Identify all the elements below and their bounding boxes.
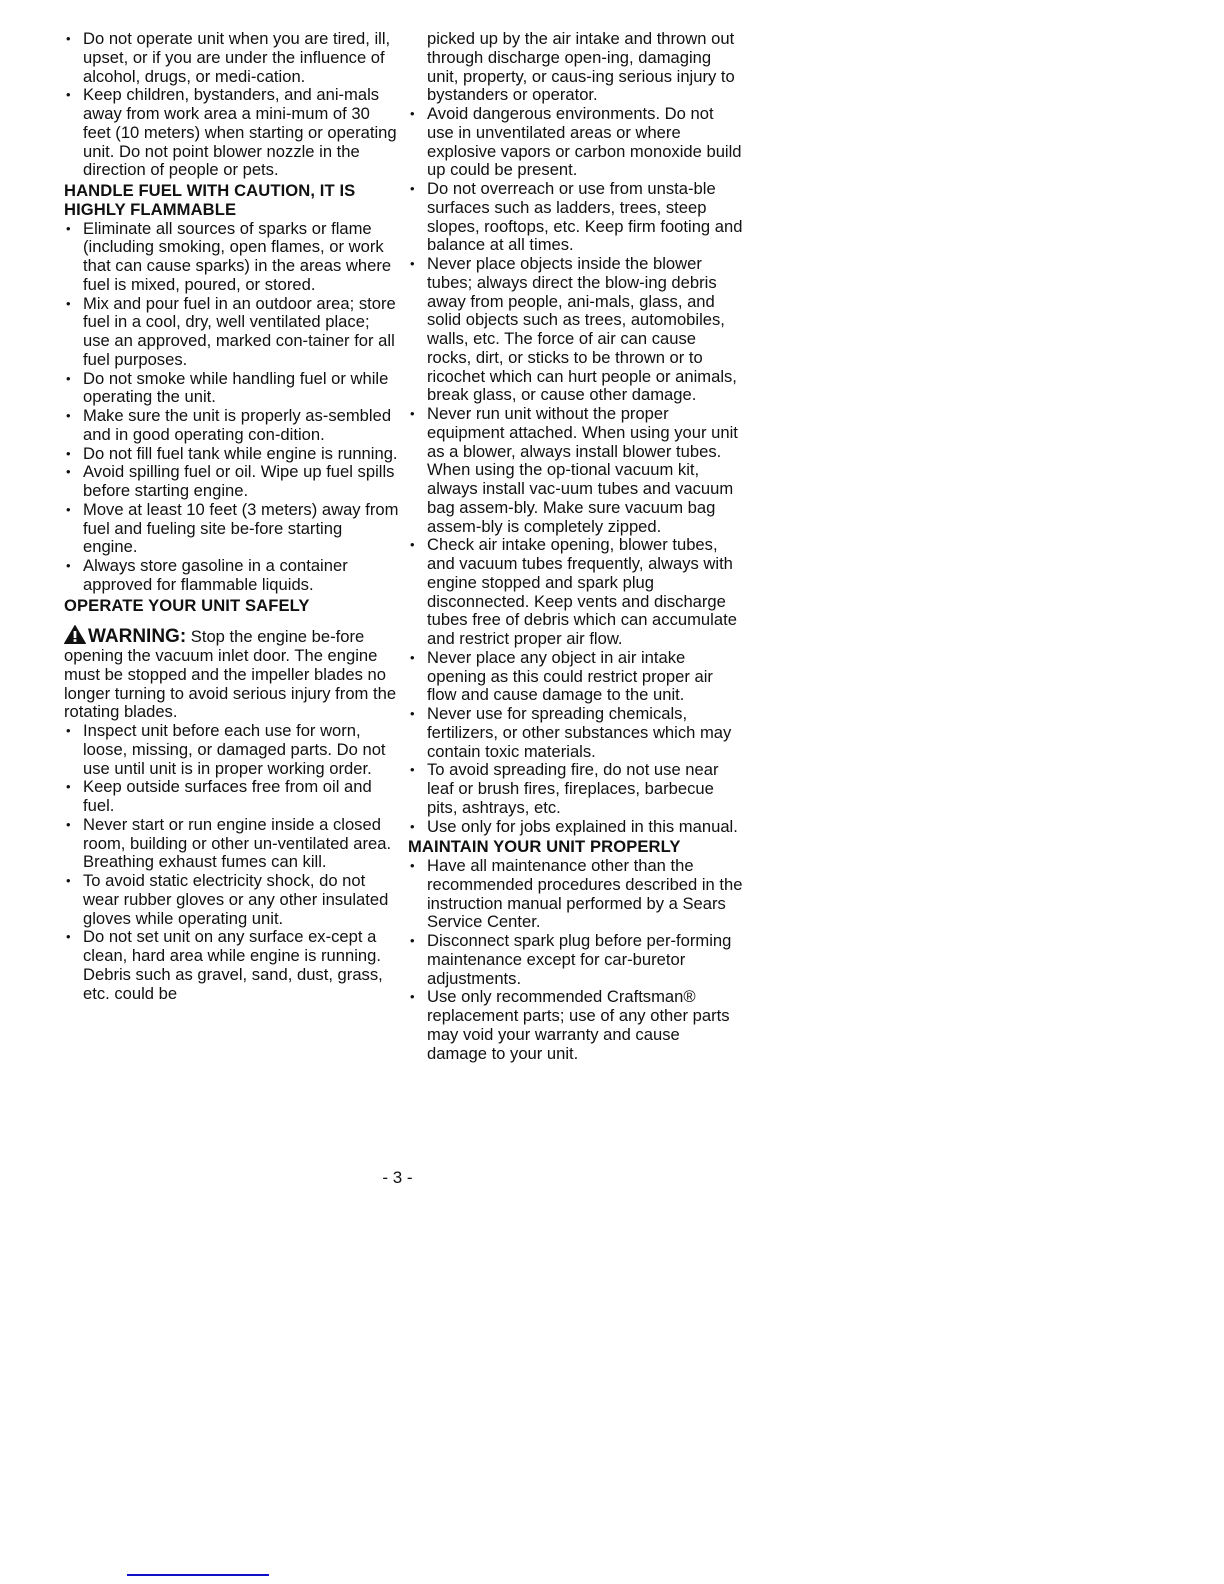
list-item: Never place objects inside the blower tu…	[408, 255, 743, 405]
list-item: Do not set unit on any surface ex-cept a…	[64, 928, 399, 1003]
list-item: Do not operate unit when you are tired, …	[64, 30, 399, 86]
list-item: Eliminate all sources of sparks or flame…	[64, 220, 399, 295]
footer-rule	[127, 1574, 269, 1576]
list-item: Never place any object in air intake ope…	[408, 649, 743, 705]
list-item: Disconnect spark plug before per-forming…	[408, 932, 743, 988]
list-item: Move at least 10 feet (3 meters) away fr…	[64, 501, 399, 557]
list-item: Do not overreach or use from unsta-ble s…	[408, 180, 743, 255]
warning-notice: WARNING: Stop the engine be-fore opening…	[64, 625, 399, 722]
list-item: To avoid static electricity shock, do no…	[64, 872, 399, 928]
list-item: Never start or run engine inside a close…	[64, 816, 399, 872]
list-item: Keep outside surfaces free from oil and …	[64, 778, 399, 816]
operate-heading: OPERATE YOUR UNIT SAFELY	[64, 597, 399, 616]
list-item: Keep children, bystanders, and ani-mals …	[64, 86, 399, 180]
fuel-bullet-list: Eliminate all sources of sparks or flame…	[64, 220, 399, 595]
list-item: Check air intake opening, blower tubes, …	[408, 536, 743, 649]
continued-text: picked up by the air intake and thrown o…	[408, 30, 743, 105]
list-item: Mix and pour fuel in an outdoor area; st…	[64, 295, 399, 370]
page-number: - 3 -	[370, 1168, 425, 1188]
operate-bullet-list-continued: Avoid dangerous environments. Do not use…	[408, 105, 743, 836]
maintain-heading: MAINTAIN YOUR UNIT PROPERLY	[408, 838, 743, 857]
intro-bullet-list: Do not operate unit when you are tired, …	[64, 30, 399, 180]
fuel-heading: HANDLE FUEL WITH CAUTION, IT IS HIGHLY F…	[64, 182, 399, 220]
list-item: Use only recommended Craftsman® replacem…	[408, 988, 743, 1063]
warning-triangle-icon	[64, 625, 86, 644]
right-column: picked up by the air intake and thrown o…	[408, 30, 743, 1063]
list-item: Inspect unit before each use for worn, l…	[64, 722, 399, 778]
list-item: Avoid dangerous environments. Do not use…	[408, 105, 743, 180]
list-item: Do not smoke while handling fuel or whil…	[64, 370, 399, 408]
list-item: Never use for spreading chemicals, ferti…	[408, 705, 743, 761]
list-item: Always store gasoline in a container app…	[64, 557, 399, 595]
maintain-bullet-list: Have all maintenance other than the reco…	[408, 857, 743, 1063]
warning-label: WARNING:	[88, 626, 186, 647]
list-item: Make sure the unit is properly as-semble…	[64, 407, 399, 445]
list-item: Use only for jobs explained in this manu…	[408, 818, 743, 837]
operate-bullet-list: Inspect unit before each use for worn, l…	[64, 722, 399, 1003]
list-item: Never run unit without the proper equipm…	[408, 405, 743, 536]
list-item: Avoid spilling fuel or oil. Wipe up fuel…	[64, 463, 399, 501]
list-item: Do not fill fuel tank while engine is ru…	[64, 445, 399, 464]
list-item: Have all maintenance other than the reco…	[408, 857, 743, 932]
left-column: Do not operate unit when you are tired, …	[64, 30, 399, 1003]
list-item: To avoid spreading fire, do not use near…	[408, 761, 743, 817]
